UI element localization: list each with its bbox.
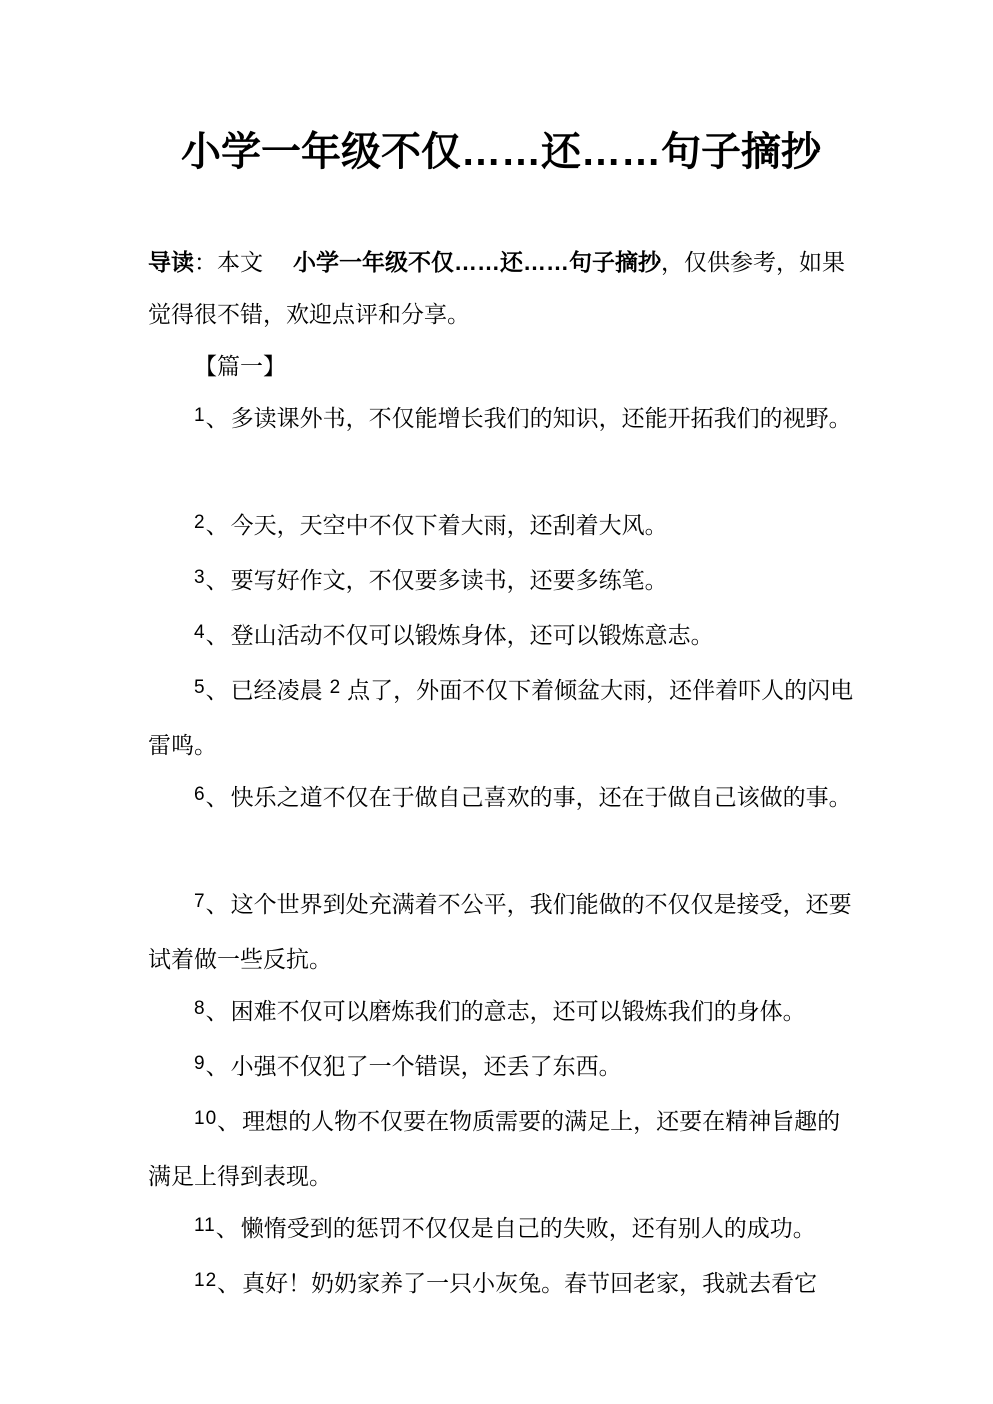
item-number: 8 (194, 998, 206, 1019)
list-item: 8、困难不仅可以磨炼我们的意志，还可以锻炼我们的身体。 (148, 985, 854, 1040)
item-text-before: 已经凌晨 (231, 677, 323, 703)
item-number: 5 (194, 677, 206, 698)
enum-separator: 、 (206, 998, 229, 1024)
enum-separator: 、 (206, 512, 229, 538)
item-number: 11 (194, 1215, 216, 1236)
item-text: 快乐之道不仅在于做自己喜欢的事，还在于做自己该做的事。 (231, 784, 852, 810)
item-text: 理想的人物不仅要在物质需要的满足上，还要在精神旨趣的满足上得到表现。 (148, 1108, 840, 1189)
document-page: 小学一年级不仅……还……句子摘抄 导读：本文小学一年级不仅……还……句子摘抄，仅… (0, 0, 993, 1404)
list-item: 5、已经凌晨2点了，外面不仅下着倾盆大雨，还伴着吓人的闪电雷鸣。 (148, 664, 854, 771)
item-number: 12 (194, 1270, 217, 1291)
enum-separator: 、 (206, 784, 229, 810)
list-item: 10、理想的人物不仅要在物质需要的满足上，还要在精神旨趣的满足上得到表现。 (148, 1095, 854, 1202)
item-text: 登山活动不仅可以锻炼身体，还可以锻炼意志。 (231, 622, 714, 648)
enum-separator: 、 (217, 1108, 240, 1134)
item-number: 7 (194, 891, 206, 912)
item-number: 10 (194, 1108, 217, 1129)
intro-paragraph: 导读：本文小学一年级不仅……还……句子摘抄，仅供参考，如果觉得很不错，欢迎点评和… (148, 236, 854, 340)
intro-lead-rest: ：本文 (194, 249, 263, 275)
list-item: 3、要写好作文，不仅要多读书，还要多练笔。 (148, 554, 854, 609)
enum-separator: 、 (206, 622, 229, 648)
list-item: 9、小强不仅犯了一个错误，还丢了东西。 (148, 1040, 854, 1095)
enum-separator: 、 (206, 891, 229, 917)
item-number: 3 (194, 567, 206, 588)
intro-lead-label: 导读 (148, 249, 194, 275)
item-number: 1 (194, 405, 206, 426)
intro-highlighted-title: 小学一年级不仅……还……句子摘抄 (293, 249, 661, 275)
item-text: 小强不仅犯了一个错误，还丢了东西。 (231, 1053, 622, 1079)
section-heading: 【篇一】 (148, 340, 854, 392)
item-number: 4 (194, 622, 206, 643)
list-item: 6、快乐之道不仅在于做自己喜欢的事，还在于做自己该做的事。 (148, 771, 854, 826)
list-item: 1、多读课外书，不仅能增长我们的知识，还能开拓我们的视野。 (148, 392, 854, 447)
page-title: 小学一年级不仅……还……句子摘抄 (148, 0, 854, 176)
list-item: 12、真好！奶奶家养了一只小灰兔。春节回老家，我就去看它 (148, 1257, 854, 1312)
enum-separator: 、 (206, 567, 229, 593)
item-number: 6 (194, 784, 206, 805)
list-item: 7、这个世界到处充满着不公平，我们能做的不仅仅是接受，还要试着做一些反抗。 (148, 878, 854, 985)
list-item: 11、懒惰受到的惩罚不仅仅是自己的失败，还有别人的成功。 (148, 1202, 854, 1257)
inline-number: 2 (330, 677, 341, 698)
item-text: 今天，天空中不仅下着大雨，还刮着大风。 (231, 512, 668, 538)
item-text: 真好！奶奶家养了一只小灰兔。春节回老家，我就去看它 (242, 1270, 817, 1296)
item-number: 9 (194, 1053, 206, 1074)
item-text: 困难不仅可以磨炼我们的意志，还可以锻炼我们的身体。 (231, 998, 806, 1024)
enum-separator: 、 (206, 405, 229, 431)
item-text: 要写好作文，不仅要多读书，还要多练笔。 (231, 567, 668, 593)
item-text: 这个世界到处充满着不公平，我们能做的不仅仅是接受，还要试着做一些反抗。 (148, 891, 852, 972)
list-item: 2、今天，天空中不仅下着大雨，还刮着大风。 (148, 499, 854, 554)
enum-separator: 、 (216, 1215, 239, 1241)
enum-separator: 、 (217, 1270, 240, 1296)
item-text: 懒惰受到的惩罚不仅仅是自己的失败，还有别人的成功。 (241, 1215, 816, 1241)
item-number: 2 (194, 512, 206, 533)
list-item: 4、登山活动不仅可以锻炼身体，还可以锻炼意志。 (148, 609, 854, 664)
enum-separator: 、 (206, 677, 229, 703)
enum-separator: 、 (206, 1053, 229, 1079)
item-text: 多读课外书，不仅能增长我们的知识，还能开拓我们的视野。 (231, 405, 852, 431)
